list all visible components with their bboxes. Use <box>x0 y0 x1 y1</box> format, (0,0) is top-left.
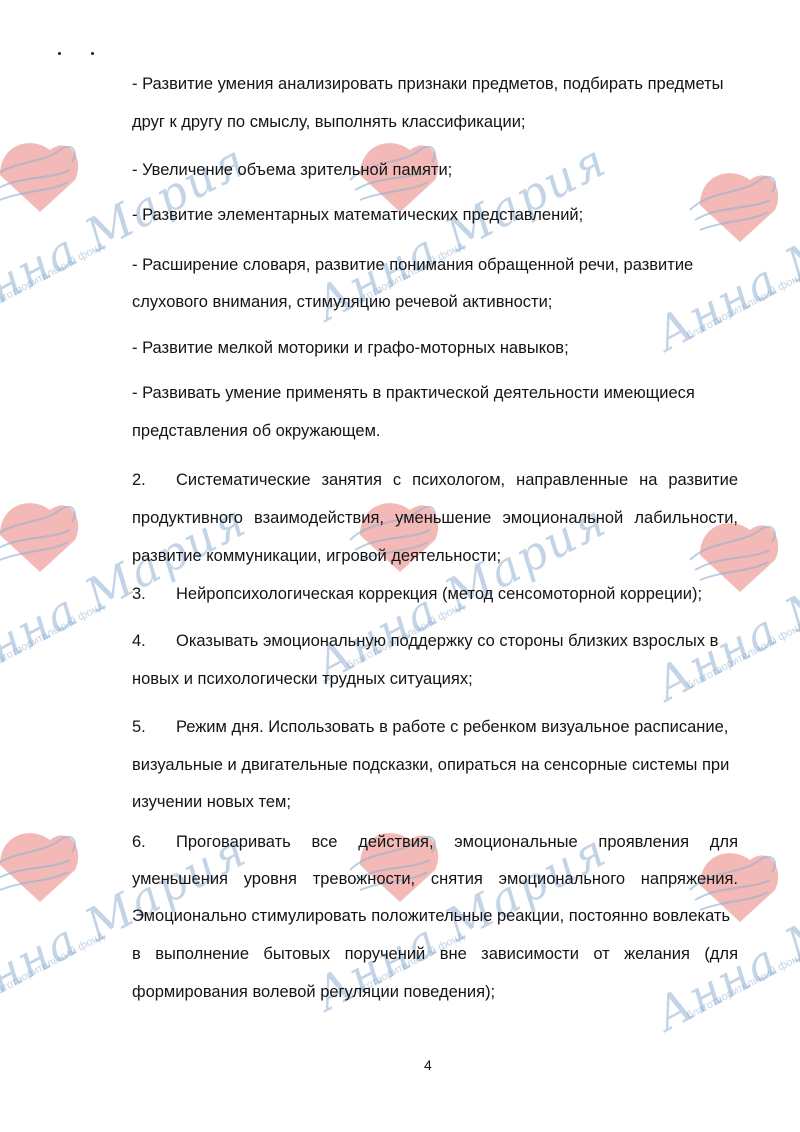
item-text: Нейропсихологическая коррекция (метод се… <box>176 585 702 603</box>
text-line: 3.Нейропсихологическая коррекция (метод … <box>132 580 738 615</box>
item-number: 6. <box>132 828 176 856</box>
heart-hand-icon <box>0 120 90 220</box>
text-line: - Увеличение объема зрительной памяти; <box>132 156 738 191</box>
page-number: 4 <box>424 1057 432 1073</box>
scan-marks <box>58 42 124 60</box>
item-number: 3. <box>132 580 176 608</box>
text-line: - Расширение словаря, развитие понимания… <box>132 251 738 286</box>
item-number: 4. <box>132 627 176 655</box>
text-line: 5.Режим дня. Использовать в работе с реб… <box>132 713 738 748</box>
item-text: Оказывать эмоциональную поддержку со сто… <box>176 632 718 650</box>
heart-hand-icon <box>0 480 90 580</box>
text-line: новых и психологически трудных ситуациях… <box>132 665 738 700</box>
text-line: 6.Проговаривать все действия, эмоциональ… <box>132 828 738 863</box>
text-line: изучении новых тем; <box>132 788 738 823</box>
text-line: друг к другу по смыслу, выполнять класси… <box>132 108 738 143</box>
item-text: Режим дня. Использовать в работе с ребен… <box>176 718 728 736</box>
text-line: - Развитие элементарных математических п… <box>132 201 738 236</box>
item-text: Проговаривать все действия, эмоциональны… <box>176 833 738 851</box>
text-line: продуктивного взаимодействия, уменьшение… <box>132 504 738 539</box>
text-line: - Развитие мелкой моторики и графо-мотор… <box>132 334 738 369</box>
text-line: развитие коммуникации, игровой деятельно… <box>132 542 738 577</box>
text-line: формирования волевой регуляции поведения… <box>132 978 738 1013</box>
text-line: в выполнение бытовых поручений вне завис… <box>132 940 738 975</box>
item-number: 2. <box>132 466 176 494</box>
heart-hand-icon <box>0 810 90 910</box>
text-line: 4.Оказывать эмоциональную поддержку со с… <box>132 627 738 662</box>
text-line: уменьшения уровня тревожности, снятия эм… <box>132 865 738 900</box>
item-number: 5. <box>132 713 176 741</box>
text-line: визуальные и двигательные подсказки, опи… <box>132 751 738 786</box>
text-line: представления об окружающем. <box>132 417 738 452</box>
text-line: 2.Систематические занятия с психологом, … <box>132 466 738 501</box>
text-line: Эмоционально стимулировать положительные… <box>132 902 738 937</box>
text-line: слухового внимания, стимуляцию речевой а… <box>132 288 738 323</box>
text-line: - Развитие умения анализировать признаки… <box>132 70 738 105</box>
text-line: - Развивать умение применять в практичес… <box>132 379 738 414</box>
item-text: Систематические занятия с психологом, на… <box>176 471 738 489</box>
